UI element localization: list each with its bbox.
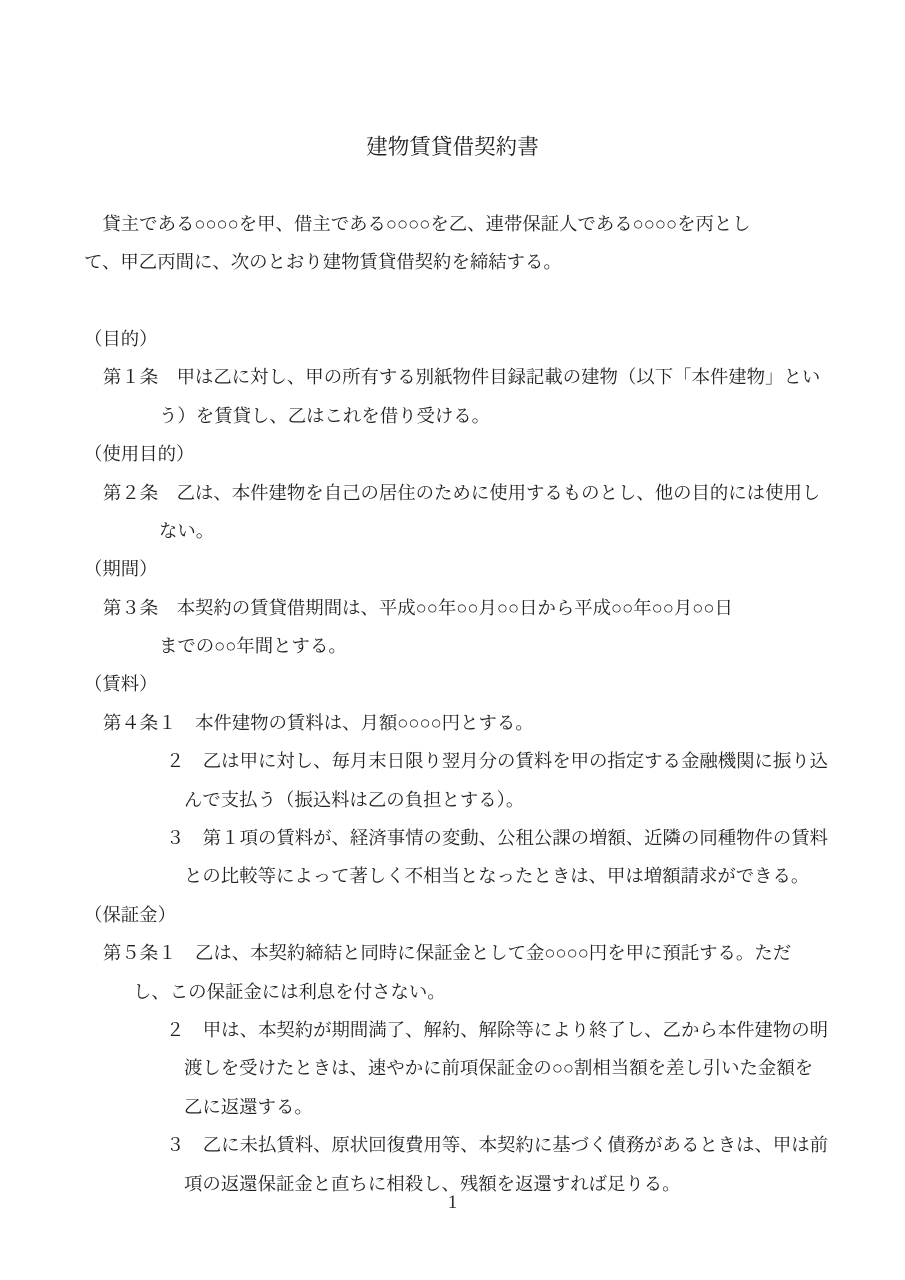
document-title: 建物賃貸借契約書	[0, 128, 905, 166]
document-line: ない。	[159, 512, 905, 550]
document-line: ２ 乙は甲に対し、毎月末日限り翌月分の賃料を甲の指定する金融機関に振り込	[166, 742, 905, 780]
document-line: （賃料）	[84, 665, 905, 703]
document-line: て、甲乙丙間に、次のとおり建物賃貸借契約を締結する。	[84, 243, 905, 281]
document-line: ３ 第１項の賃料が、経済事情の変動、公租公課の増額、近隣の同種物件の賃料	[166, 819, 905, 857]
document-line: ２ 甲は、本契約が期間満了、解約、解除等により終了し、乙から本件建物の明	[166, 1011, 905, 1049]
document-line: 渡しを受けたときは、速やかに前項保証金の○○割相当額を差し引いた金額を	[184, 1049, 905, 1087]
document-line: 乙に返還する。	[184, 1088, 905, 1126]
document-line: との比較等によって著しく不相当となったときは、甲は増額請求ができる。	[184, 857, 905, 895]
document-line: 第５条１ 乙は、本契約締結と同時に保証金として金○○○○円を甲に預託する。ただ	[103, 934, 905, 972]
document-line: （使用目的）	[84, 435, 905, 473]
document-line: し、この保証金には利息を付さない。	[133, 973, 905, 1011]
document-line: 貸主である○○○○を甲、借主である○○○○を乙、連帯保証人である○○○○を丙とし	[84, 205, 905, 243]
document-line: までの○○年間とする。	[159, 627, 905, 665]
document-line: 第４条１ 本件建物の賃料は、月額○○○○円とする。	[103, 704, 905, 742]
document-body: 建物賃貸借契約書 貸主である○○○○を甲、借主である○○○○を乙、連帯保証人であ…	[0, 128, 905, 1203]
document-line: んで支払う（振込料は乙の負担とする）。	[184, 781, 905, 819]
document-line: （目的）	[84, 320, 905, 358]
document-line: う）を賃貸し、乙はこれを借り受ける。	[159, 397, 905, 435]
document-page: { "colors": { "background": "#ffffff", "…	[0, 0, 905, 1280]
blank-line	[0, 282, 905, 320]
blank-line	[0, 166, 905, 204]
document-line: 第１条 甲は乙に対し、甲の所有する別紙物件目録記載の建物（以下「本件建物」とい	[103, 358, 905, 396]
document-line: ３ 乙に未払賃料、原状回復費用等、本契約に基づく債務があるときは、甲は前	[166, 1126, 905, 1164]
document-line: 第２条 乙は、本件建物を自己の居住のために使用するものとし、他の目的には使用し	[103, 474, 905, 512]
document-line: （期間）	[84, 550, 905, 588]
document-line: （保証金）	[84, 896, 905, 934]
page-number: 1	[0, 1188, 905, 1218]
document-line: 第３条 本契約の賃貸借期間は、平成○○年○○月○○日から平成○○年○○月○○日	[103, 589, 905, 627]
